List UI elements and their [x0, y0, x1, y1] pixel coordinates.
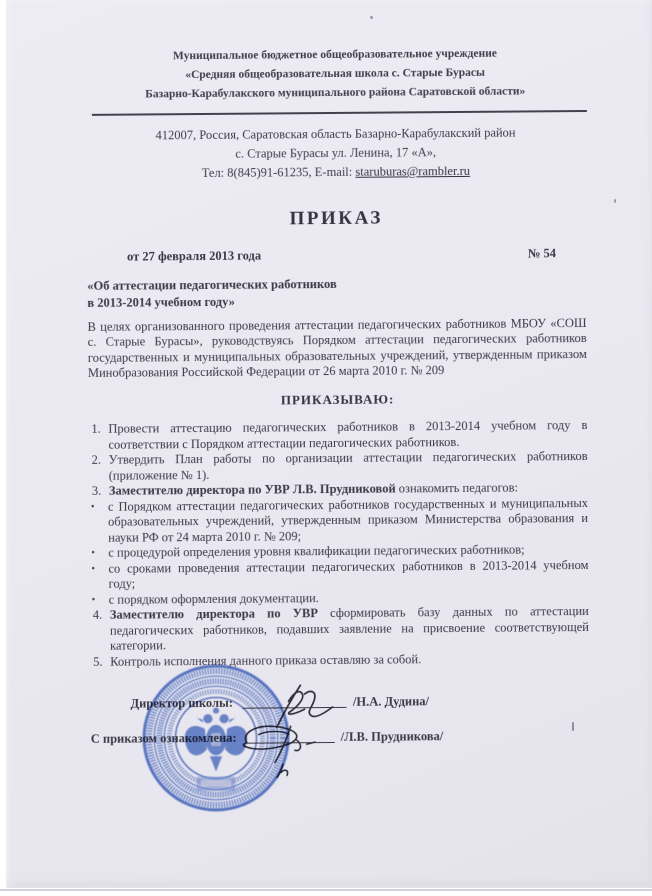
order-subject: «Об аттестации педагогических работников…	[87, 273, 586, 311]
item-text: Провести аттестацию педагогических работ…	[108, 418, 587, 453]
item-text: Заместителю директора по УВР сформироват…	[110, 604, 589, 654]
email-text: staruburas@rambler.ru	[355, 164, 470, 179]
item-rest: Провести аттестацию педагогических работ…	[108, 418, 587, 451]
item-text: Утвердить План работы по организации атт…	[109, 449, 588, 484]
address-line-1: 412007, Россия, Саратовская область База…	[86, 123, 585, 146]
scan-speck	[572, 722, 574, 731]
intro-paragraph: В целях организованного проведения аттес…	[88, 315, 587, 381]
scan-speck	[614, 199, 616, 203]
director-name: /Н.А. Дудина/	[353, 694, 429, 710]
item-rest: ознакомить педагогов:	[396, 481, 518, 496]
contact-line: Тел: 8(845)91-61235, E-mail: staruburas@…	[86, 161, 585, 184]
phone-label: Тел: 8(845)91-61235, E-mail:	[202, 165, 356, 180]
scan-speck	[370, 16, 373, 19]
item-number: 2.	[89, 453, 109, 484]
bullet-marker-icon: •	[90, 592, 109, 608]
order-meta-row: от 27 февраля 2013 года № 54	[87, 246, 586, 265]
resolve-heading: ПРИКАЗЫВАЮ:	[88, 389, 587, 408]
bullet-marker-icon: •	[89, 561, 108, 592]
subject-line-2: в 2013-2014 учебном году»	[87, 290, 586, 311]
item-number: 5.	[90, 654, 110, 670]
bullet-text: со сроками проведения аттестации педагог…	[108, 557, 588, 592]
order-item-2: 2. Утвердить План работы по организации …	[89, 449, 588, 484]
order-title: ПРИКАЗ	[87, 206, 586, 232]
stamp-bottom-plaque	[197, 777, 236, 791]
bullet-text: с Порядком аттестации педагогических раб…	[108, 495, 588, 545]
order-item-4: 4. Заместителю директора по УВР сформиро…	[90, 604, 589, 654]
order-item-1: 1. Провести аттестацию педагогических ра…	[88, 418, 587, 453]
address-block: 412007, Россия, Саратовская область База…	[86, 123, 585, 184]
double-headed-eagle-icon	[185, 708, 247, 772]
org-line-3: Базарно-Карабулакского муниципального ра…	[86, 82, 585, 105]
item-rest: Утвердить План работы по организации атт…	[109, 449, 588, 482]
item-number: 3.	[89, 484, 109, 500]
bullet-marker-icon: •	[89, 499, 108, 546]
bullet-marker-icon: •	[89, 546, 108, 562]
header-divider	[92, 110, 587, 116]
item-number: 4.	[90, 608, 110, 655]
document-content: Муниципальное бюджетное общеобразователь…	[6, 0, 652, 891]
order-items: 1. Провести аттестацию педагогических ра…	[88, 418, 589, 670]
org-header: Муниципальное бюджетное общеобразователь…	[85, 44, 584, 105]
item-number: 1.	[88, 422, 108, 453]
familiarized-name: /Л.В. Прудникова/	[341, 729, 444, 745]
scanned-order-document: { "colors": { "paper": "#eae8f0", "ink":…	[0, 0, 652, 896]
order-item-3-bullet-1: • с Порядком аттестации педагогических р…	[89, 495, 588, 545]
order-number: № 54	[528, 246, 556, 262]
item-lead: Заместителю директора по УВР	[110, 606, 318, 622]
order-date: от 27 февраля 2013 года	[127, 249, 261, 266]
official-round-stamp-icon	[140, 662, 292, 814]
item-lead: Заместителю директора по УВР Л.В. Прудни…	[109, 481, 396, 497]
order-item-3-bullet-3: • со сроками проведения аттестации педаг…	[89, 557, 588, 592]
